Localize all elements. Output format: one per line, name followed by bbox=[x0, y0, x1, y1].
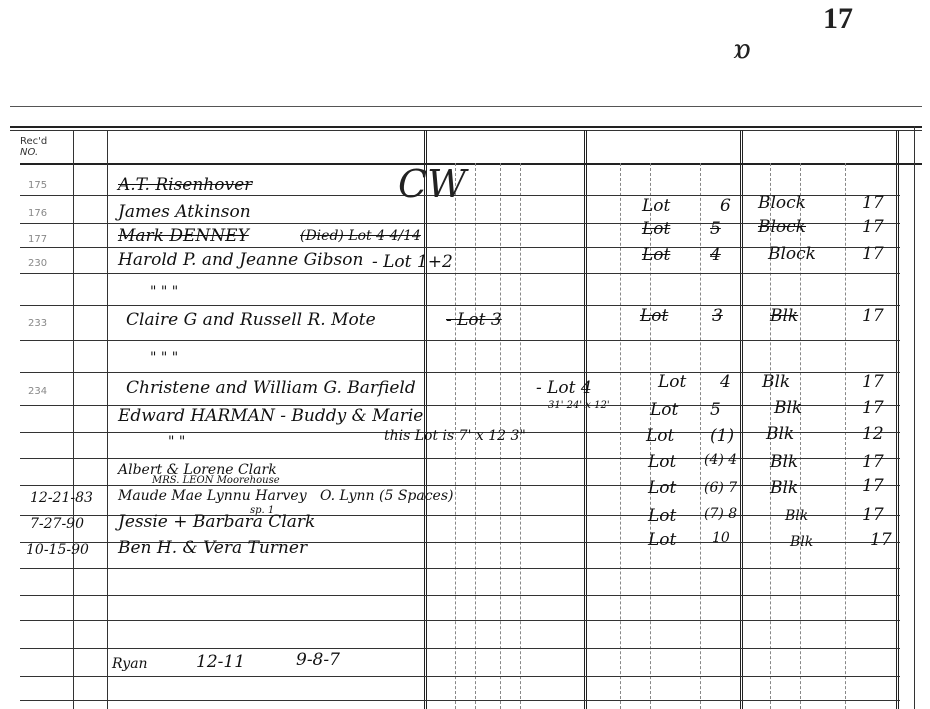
col-divider-5 bbox=[740, 130, 743, 709]
rec-no: 234 bbox=[28, 386, 47, 397]
entry-name: Harold P. and Jeanne Gibson bbox=[118, 250, 363, 270]
entry-name: A.T. Risenhover bbox=[118, 175, 252, 195]
grid-line bbox=[845, 163, 846, 709]
lot-label: Lot bbox=[642, 219, 670, 239]
lot-number: 4 bbox=[710, 245, 721, 265]
footer-signature: Ryan bbox=[112, 656, 148, 672]
block-number: 17 bbox=[870, 530, 892, 550]
ditto-marks: " " bbox=[168, 434, 185, 450]
block-label: Blk bbox=[770, 452, 798, 472]
entry-name: Christene and William G. Barfield bbox=[126, 378, 416, 398]
lot-label: Lot bbox=[648, 530, 676, 550]
col-divider-2 bbox=[107, 130, 108, 709]
col-divider-1 bbox=[73, 130, 74, 709]
lot-label: Lot bbox=[658, 372, 686, 392]
lot-number: (7) 8 bbox=[704, 506, 737, 522]
grid-line bbox=[620, 163, 621, 709]
row-rule bbox=[20, 620, 900, 621]
header-bottom-rule bbox=[20, 163, 922, 165]
lot-label: Lot bbox=[648, 452, 676, 472]
corner-mark: ɒ bbox=[733, 35, 751, 65]
row-rule bbox=[20, 568, 900, 569]
block-number: 17 bbox=[862, 193, 884, 213]
lot-label: Lot bbox=[646, 426, 674, 446]
entry-note: this Lot is 7' x 12 3" bbox=[384, 428, 526, 444]
rec-no: 230 bbox=[28, 258, 47, 269]
col-divider-3 bbox=[424, 130, 427, 709]
lot-label: Lot bbox=[642, 196, 670, 216]
entry-note: O. Lynn (5 Spaces) bbox=[320, 488, 454, 504]
entry-date: 12-21-83 bbox=[30, 490, 93, 506]
block-label: Blk bbox=[790, 534, 813, 550]
entry-name: Edward HARMAN - Buddy & Marie bbox=[118, 406, 423, 426]
rec-no: 233 bbox=[28, 318, 47, 329]
block-label: Block bbox=[768, 244, 816, 264]
page-number: 17 bbox=[823, 2, 853, 36]
block-number: 12 bbox=[862, 424, 884, 444]
lot-number: 3 bbox=[712, 306, 723, 326]
header-rule-2 bbox=[10, 130, 922, 131]
entry-name: Mark DENNEY bbox=[118, 226, 249, 246]
row-rule bbox=[20, 458, 900, 459]
row-rule bbox=[20, 676, 900, 677]
entry-date: 10-15-90 bbox=[26, 542, 89, 558]
footer-date-2: 9-8-7 bbox=[296, 650, 340, 670]
lot-label: Lot bbox=[648, 478, 676, 498]
block-label: Blk bbox=[774, 398, 802, 418]
col-divider-6 bbox=[896, 130, 899, 709]
ditto-marks: " " " bbox=[150, 350, 178, 366]
block-label: Blk bbox=[785, 508, 808, 524]
lot-number: 4 bbox=[720, 372, 731, 392]
entry-note: 31' 24' x 12' bbox=[548, 400, 610, 411]
entry-note: (Died) Lot 4 4/14 bbox=[300, 228, 421, 244]
entry-name: Ben H. & Vera Turner bbox=[118, 538, 307, 558]
block-number: 17 bbox=[862, 306, 884, 326]
entry-note: - Lot 1+2 bbox=[372, 252, 453, 272]
right-border bbox=[914, 126, 915, 709]
block-number: 17 bbox=[862, 217, 884, 237]
block-label: Block bbox=[758, 217, 806, 237]
footer-date-1: 12-11 bbox=[196, 652, 245, 672]
entry-note: - Lot 3 bbox=[446, 310, 502, 330]
lot-number: 6 bbox=[720, 196, 731, 216]
row-rule bbox=[20, 305, 900, 306]
rec-no-header-line2: NO. bbox=[20, 147, 38, 158]
top-rule bbox=[10, 106, 922, 107]
row-rule bbox=[20, 648, 900, 649]
block-label: Blk bbox=[770, 478, 798, 498]
rec-no-header-line1: Rec'd bbox=[20, 136, 47, 147]
rec-no-header: Rec'd NO. bbox=[20, 136, 47, 158]
block-label: Blk bbox=[766, 424, 794, 444]
block-label: Blk bbox=[770, 306, 798, 326]
header-rule bbox=[10, 126, 922, 128]
block-number: 17 bbox=[862, 398, 884, 418]
rec-no: 177 bbox=[28, 234, 47, 245]
entry-name: James Atkinson bbox=[118, 202, 251, 222]
block-number: 17 bbox=[862, 452, 884, 472]
block-number: 17 bbox=[862, 244, 884, 264]
grid-line bbox=[700, 163, 701, 709]
lot-number: 10 bbox=[712, 530, 730, 546]
block-number: 17 bbox=[862, 372, 884, 392]
lot-label: Lot bbox=[650, 400, 678, 420]
lot-number: 5 bbox=[710, 219, 721, 239]
lot-label: Lot bbox=[640, 306, 668, 326]
col-divider-4 bbox=[584, 130, 587, 709]
rec-no: 175 bbox=[28, 180, 47, 191]
row-rule bbox=[20, 273, 900, 274]
lot-label: Lot bbox=[648, 506, 676, 526]
lot-number: (1) bbox=[710, 426, 734, 446]
above-note: MRS. LEON Moorehouse bbox=[152, 475, 280, 486]
entry-name: Claire G and Russell R. Mote bbox=[126, 310, 376, 330]
entry-note: - Lot 4 bbox=[536, 378, 592, 398]
lot-number: (6) 7 bbox=[704, 480, 737, 496]
block-label: Block bbox=[758, 193, 806, 213]
entry-date: 7-27-90 bbox=[30, 516, 84, 532]
block-label: Blk bbox=[762, 372, 790, 392]
row-rule bbox=[20, 595, 900, 596]
lot-number: (4) 4 bbox=[704, 452, 737, 468]
entry-name: Maude Mae Lynnu Harvey bbox=[118, 488, 307, 504]
row-rule bbox=[20, 340, 900, 341]
row-rule bbox=[20, 700, 900, 701]
ditto-marks: " " " bbox=[150, 284, 178, 300]
lot-number: 5 bbox=[710, 400, 721, 420]
initials-mark: CW bbox=[398, 162, 466, 206]
block-number: 17 bbox=[862, 476, 884, 496]
block-number: 17 bbox=[862, 505, 884, 525]
lot-label: Lot bbox=[642, 245, 670, 265]
rec-no: 176 bbox=[28, 208, 47, 219]
entry-name: Jessie + Barbara Clark bbox=[118, 512, 315, 532]
